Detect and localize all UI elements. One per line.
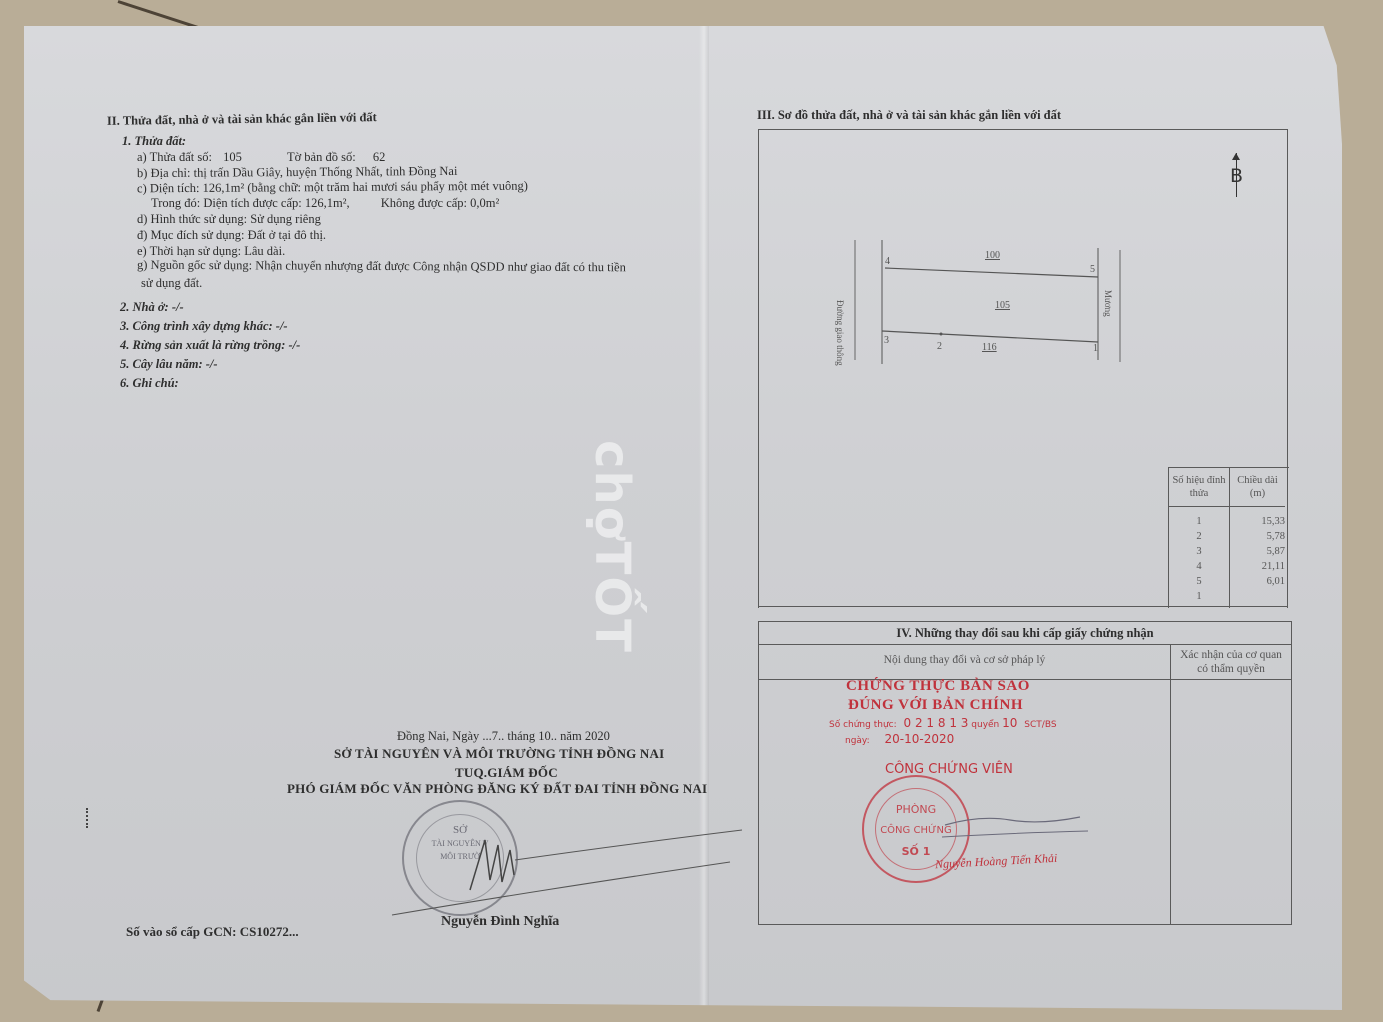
item-perennial: 5. Cây lâu năm: -/- [120, 357, 218, 372]
item-other-construction: 3. Công trình xây dựng khác: -/- [120, 319, 288, 334]
table-cell: 3 [1169, 544, 1229, 559]
col-changes-content: Nội dung thay đổi và cơ sở pháp lý [759, 654, 1170, 666]
plot-number: 105 [223, 150, 242, 164]
signer-role-2: PHÓ GIÁM ĐỐC VĂN PHÒNG ĐĂNG KÝ ĐẤT ĐAI T… [287, 781, 707, 797]
area: c) Diện tích: 126,1m² (bằng chữ: một tră… [137, 179, 528, 197]
vertex-5: 5 [1090, 264, 1095, 275]
signer-name: Nguyễn Đình Nghĩa [441, 914, 559, 930]
table-cell: 5,78 [1230, 529, 1285, 544]
cert-date-value: 20-10-2020 [885, 732, 955, 746]
usage-purpose: đ) Mục đích sử dụng: Đất ở tại đô thị. [137, 228, 326, 243]
usage-term: e) Thời hạn sử dụng: Lâu dài. [137, 244, 285, 259]
vertex-2: 2 [937, 341, 942, 352]
area-not-granted: Không được cấp: 0,0m² [381, 196, 500, 210]
table-cell: 4 [1169, 559, 1229, 574]
registry-number: Số vào sổ cấp GCN: CS10272... [126, 924, 299, 940]
changes-table: IV. Những thay đổi sau khi cấp giấy chứn… [758, 621, 1292, 925]
map-sheet-label: Tờ bản đồ số: [287, 150, 356, 164]
area-granted: Trong đó: Diện tích được cấp: 126,1m², [151, 196, 350, 210]
item-forest: 4. Rừng sản xuất là rừng trồng: -/- [120, 338, 300, 353]
parcel-number-label: 105 [995, 300, 1010, 311]
plot-label: a) Thửa đất số: [137, 150, 212, 164]
vertex-4: 4 [885, 256, 890, 267]
cert-date-label: ngày: [845, 736, 870, 746]
table-header-vertex: Số hiệu đỉnh thửa [1169, 468, 1229, 507]
table-cell: 15,33 [1230, 514, 1285, 529]
area-breakdown: Trong đó: Diện tích được cấp: 126,1m², K… [151, 196, 499, 211]
table-cell: 2 [1169, 529, 1229, 544]
table-cell: 1 [1169, 514, 1229, 529]
place-date: Đồng Nai, Ngày ...7.. tháng 10.. năm 202… [397, 729, 610, 744]
vertex-1: 1 [1093, 343, 1098, 354]
issuing-org: SỞ TÀI NGUYÊN VÀ MÔI TRƯỜNG TỈNH ĐỒNG NA… [334, 746, 664, 762]
table-cell: 5,87 [1230, 544, 1285, 559]
column-divider [1170, 645, 1171, 924]
item-house: 2. Nhà ở: -/- [120, 300, 184, 315]
cert-number-label: Số chứng thực: [829, 720, 897, 730]
cert-stamp-line1: CHỨNG THỰC BẢN SAO [846, 678, 1030, 695]
cert-book-value: 10 [1002, 716, 1017, 730]
neighbor-bottom-label: 116 [982, 342, 997, 353]
section-iii-title: III. Sơ đồ thửa đất, nhà ở và tài sản kh… [757, 108, 1061, 123]
diagram-bottom-border [758, 606, 1288, 607]
signature-strokes [390, 820, 750, 920]
subsection-1-title: 1. Thửa đất: [122, 134, 186, 149]
usage-form: d) Hình thức sử dụng: Sử dụng riêng [137, 212, 321, 227]
cert-number-row: Số chứng thực: 0 2 1 8 1 3 quyển 10 SCT/… [829, 716, 1057, 730]
table-cell: 5 [1169, 574, 1229, 589]
usage-origin-line1: g) Nguồn gốc sử dụng: Nhận chuyển nhượng… [137, 258, 626, 276]
table-cell: 6,01 [1230, 574, 1285, 589]
right-road-label: Mương [1103, 290, 1113, 317]
table-cell: 1 [1169, 589, 1229, 604]
north-label: B [1230, 165, 1243, 187]
notary-signature-strokes [940, 805, 1090, 845]
margin-mark [86, 808, 90, 828]
changes-title: IV. Những thay đổi sau khi cấp giấy chứn… [759, 622, 1291, 645]
signer-role-1: TUQ.GIÁM ĐỐC [455, 765, 558, 781]
north-arrow-icon: B [1228, 153, 1246, 197]
table-header-length: Chiều dài (m) [1230, 468, 1285, 507]
item-notes: 6. Ghi chú: [120, 376, 179, 391]
neighbor-top-label: 100 [985, 250, 1000, 261]
vertex-3: 3 [884, 335, 889, 346]
usage-origin-line2: sử dụng đất. [141, 276, 202, 291]
left-road-label: Đường giao thông [835, 300, 845, 366]
watermark: chợTỐT [584, 440, 640, 654]
notary-title: CÔNG CHỨNG VIÊN [885, 762, 1013, 777]
cert-number-value: 0 2 1 8 1 3 [904, 716, 969, 730]
map-sheet-number: 62 [373, 150, 386, 164]
plot-number-row: a) Thửa đất số: 105 Tờ bản đồ số: 62 [137, 150, 385, 165]
cert-stamp-line2: ĐÚNG VỚI BẢN CHÍNH [848, 697, 1023, 714]
vertex-length-table: Số hiệu đỉnh thửa 1 2 3 4 5 1 Chiều dài … [1168, 467, 1289, 608]
table-cell: 21,11 [1230, 559, 1285, 574]
cert-book-label: quyển [971, 720, 999, 730]
col-authority-confirmation: Xác nhận của cơ quan có thẩm quyền [1171, 648, 1291, 676]
cert-suffix: SCT/BS [1024, 720, 1056, 730]
cert-date-row: ngày: 20-10-2020 [845, 732, 954, 746]
